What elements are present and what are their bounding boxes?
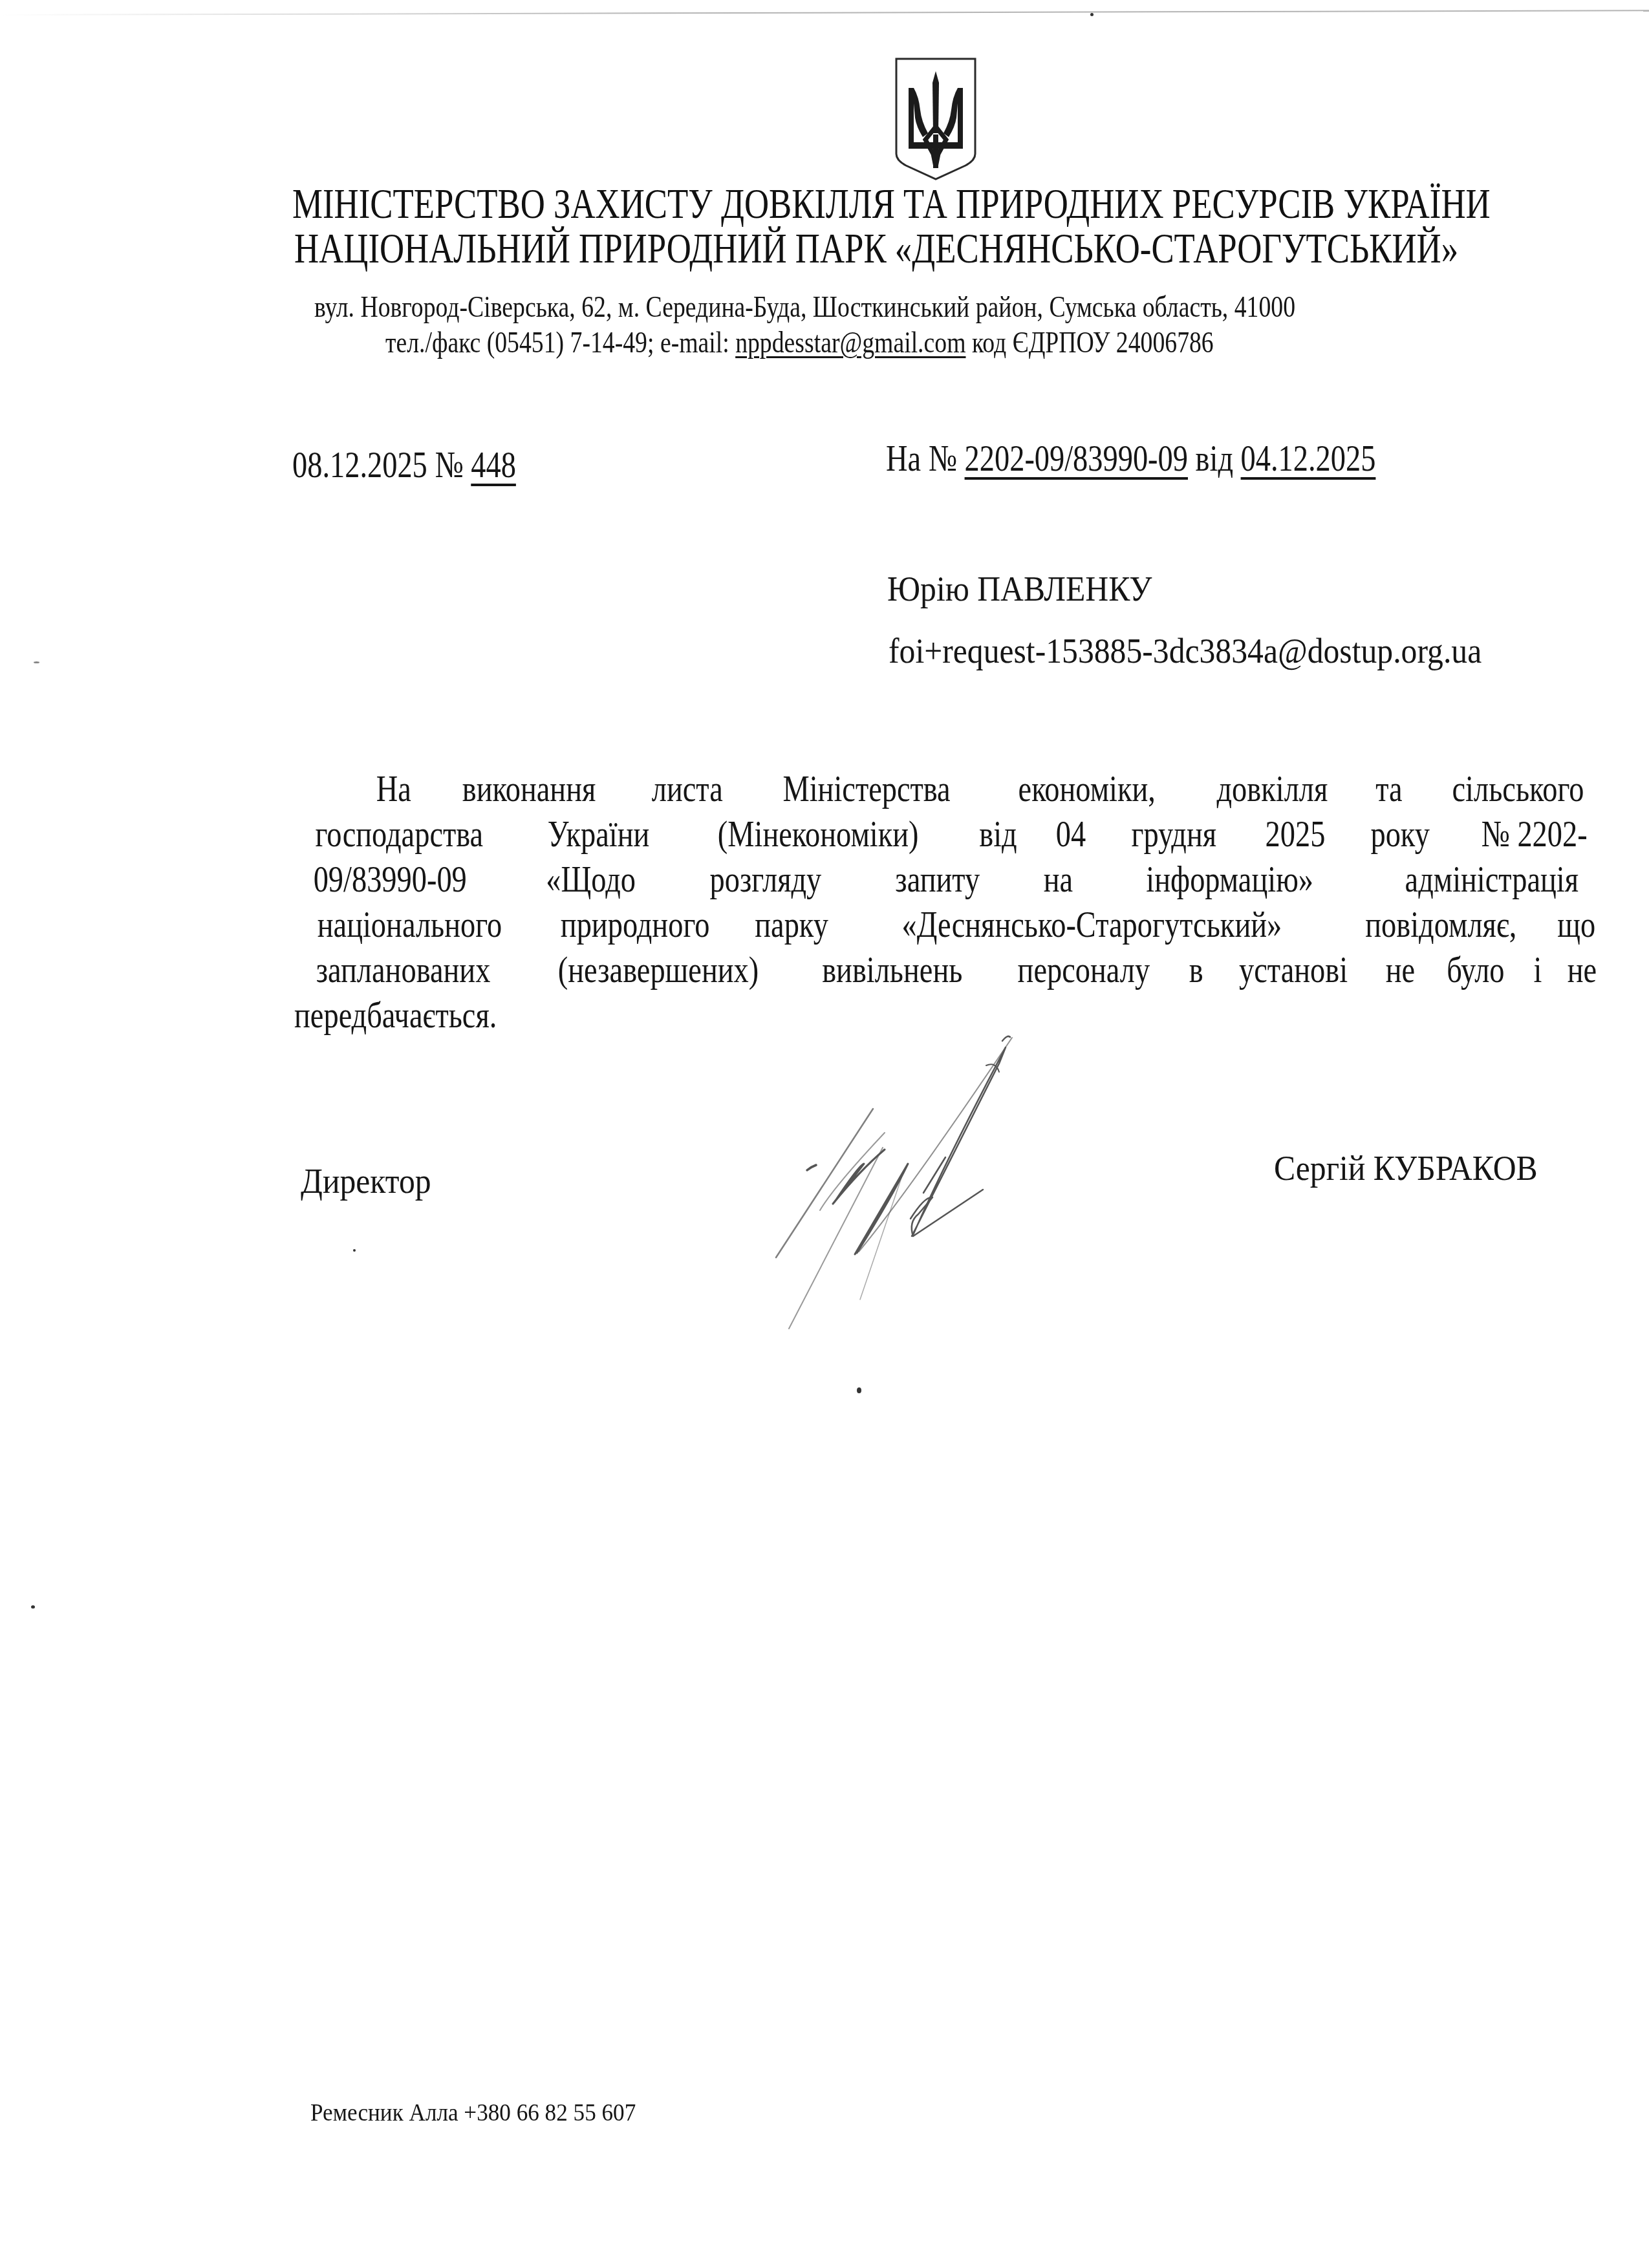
postal-address: вул. Новгород-Сіверська, 62, м. Середина… [314, 292, 1295, 322]
letter-body: НавиконаннялистаМіністерстваекономіки,до… [294, 766, 1600, 1038]
number-sign: № [435, 444, 463, 486]
incoming-number: 2202-09/83990-09 [965, 437, 1188, 479]
signatory-title: Директор [301, 1164, 431, 1199]
outgoing-reference: 08.12.2025 № 448 [292, 446, 516, 484]
body-line: господарстваУкраїни(Мінекономіки)від04гр… [294, 811, 1600, 857]
recipient-name: Юрію ПАВЛЕНКУ [887, 572, 1152, 606]
ministry-title: МІНІСТЕРСТВО ЗАХИСТУ ДОВКІЛЛЯ ТА ПРИРОДН… [292, 183, 1491, 226]
edrpou-code: код ЄДРПОУ 24006786 [965, 326, 1213, 359]
incoming-reference: На № 2202-09/83990-09 від 04.12.2025 [886, 440, 1375, 477]
scan-speck [31, 1605, 35, 1609]
scan-speck [353, 1249, 356, 1252]
body-line: 09/83990-09«Щодорозглядузапитунаінформац… [294, 857, 1600, 902]
scan-speck [857, 1387, 861, 1393]
incoming-from: від [1196, 437, 1233, 479]
contact-line: тел./факс (05451) 7-14-49; e-mail: nppde… [385, 328, 1214, 358]
scan-speck [34, 661, 39, 663]
letter-page: МІНІСТЕРСТВО ЗАХИСТУ ДОВКІЛЛЯ ТА ПРИРОДН… [0, 0, 1649, 2268]
body-line: запланованих(незавершених)вивільненьперс… [294, 947, 1600, 992]
signature-scrawl-icon [744, 1009, 1035, 1371]
organization-title: НАЦІОНАЛЬНИЙ ПРИРОДНИЙ ПАРК «ДЕСНЯНСЬКО-… [294, 228, 1458, 270]
body-line: НавиконаннялистаМіністерстваекономіки,до… [294, 766, 1600, 811]
phone-fax: тел./факс (05451) 7-14-49; e-mail: [385, 326, 735, 359]
incoming-date: 04.12.2025 [1241, 437, 1376, 479]
scan-edge-line [0, 10, 1649, 16]
scan-speck [1090, 13, 1094, 16]
executor-contact: Ремесник Алла +380 66 82 55 607 [310, 2101, 636, 2125]
outgoing-date: 08.12.2025 [292, 444, 427, 486]
body-paragraph: НавиконаннялистаМіністерстваекономіки,до… [294, 766, 1600, 1038]
incoming-prefix: На № [886, 437, 957, 479]
outgoing-number: 448 [471, 444, 516, 486]
coat-of-arms-icon [894, 57, 977, 181]
organization-email-link[interactable]: nppdesstar@gmail.com [735, 326, 965, 359]
signatory-name: Сергій КУБРАКОВ [1274, 1151, 1538, 1186]
body-line: національногоприродногопарку«Деснянсько-… [294, 902, 1600, 947]
recipient-email[interactable]: foi+request-153885-3dc3834a@dostup.org.u… [889, 634, 1482, 669]
